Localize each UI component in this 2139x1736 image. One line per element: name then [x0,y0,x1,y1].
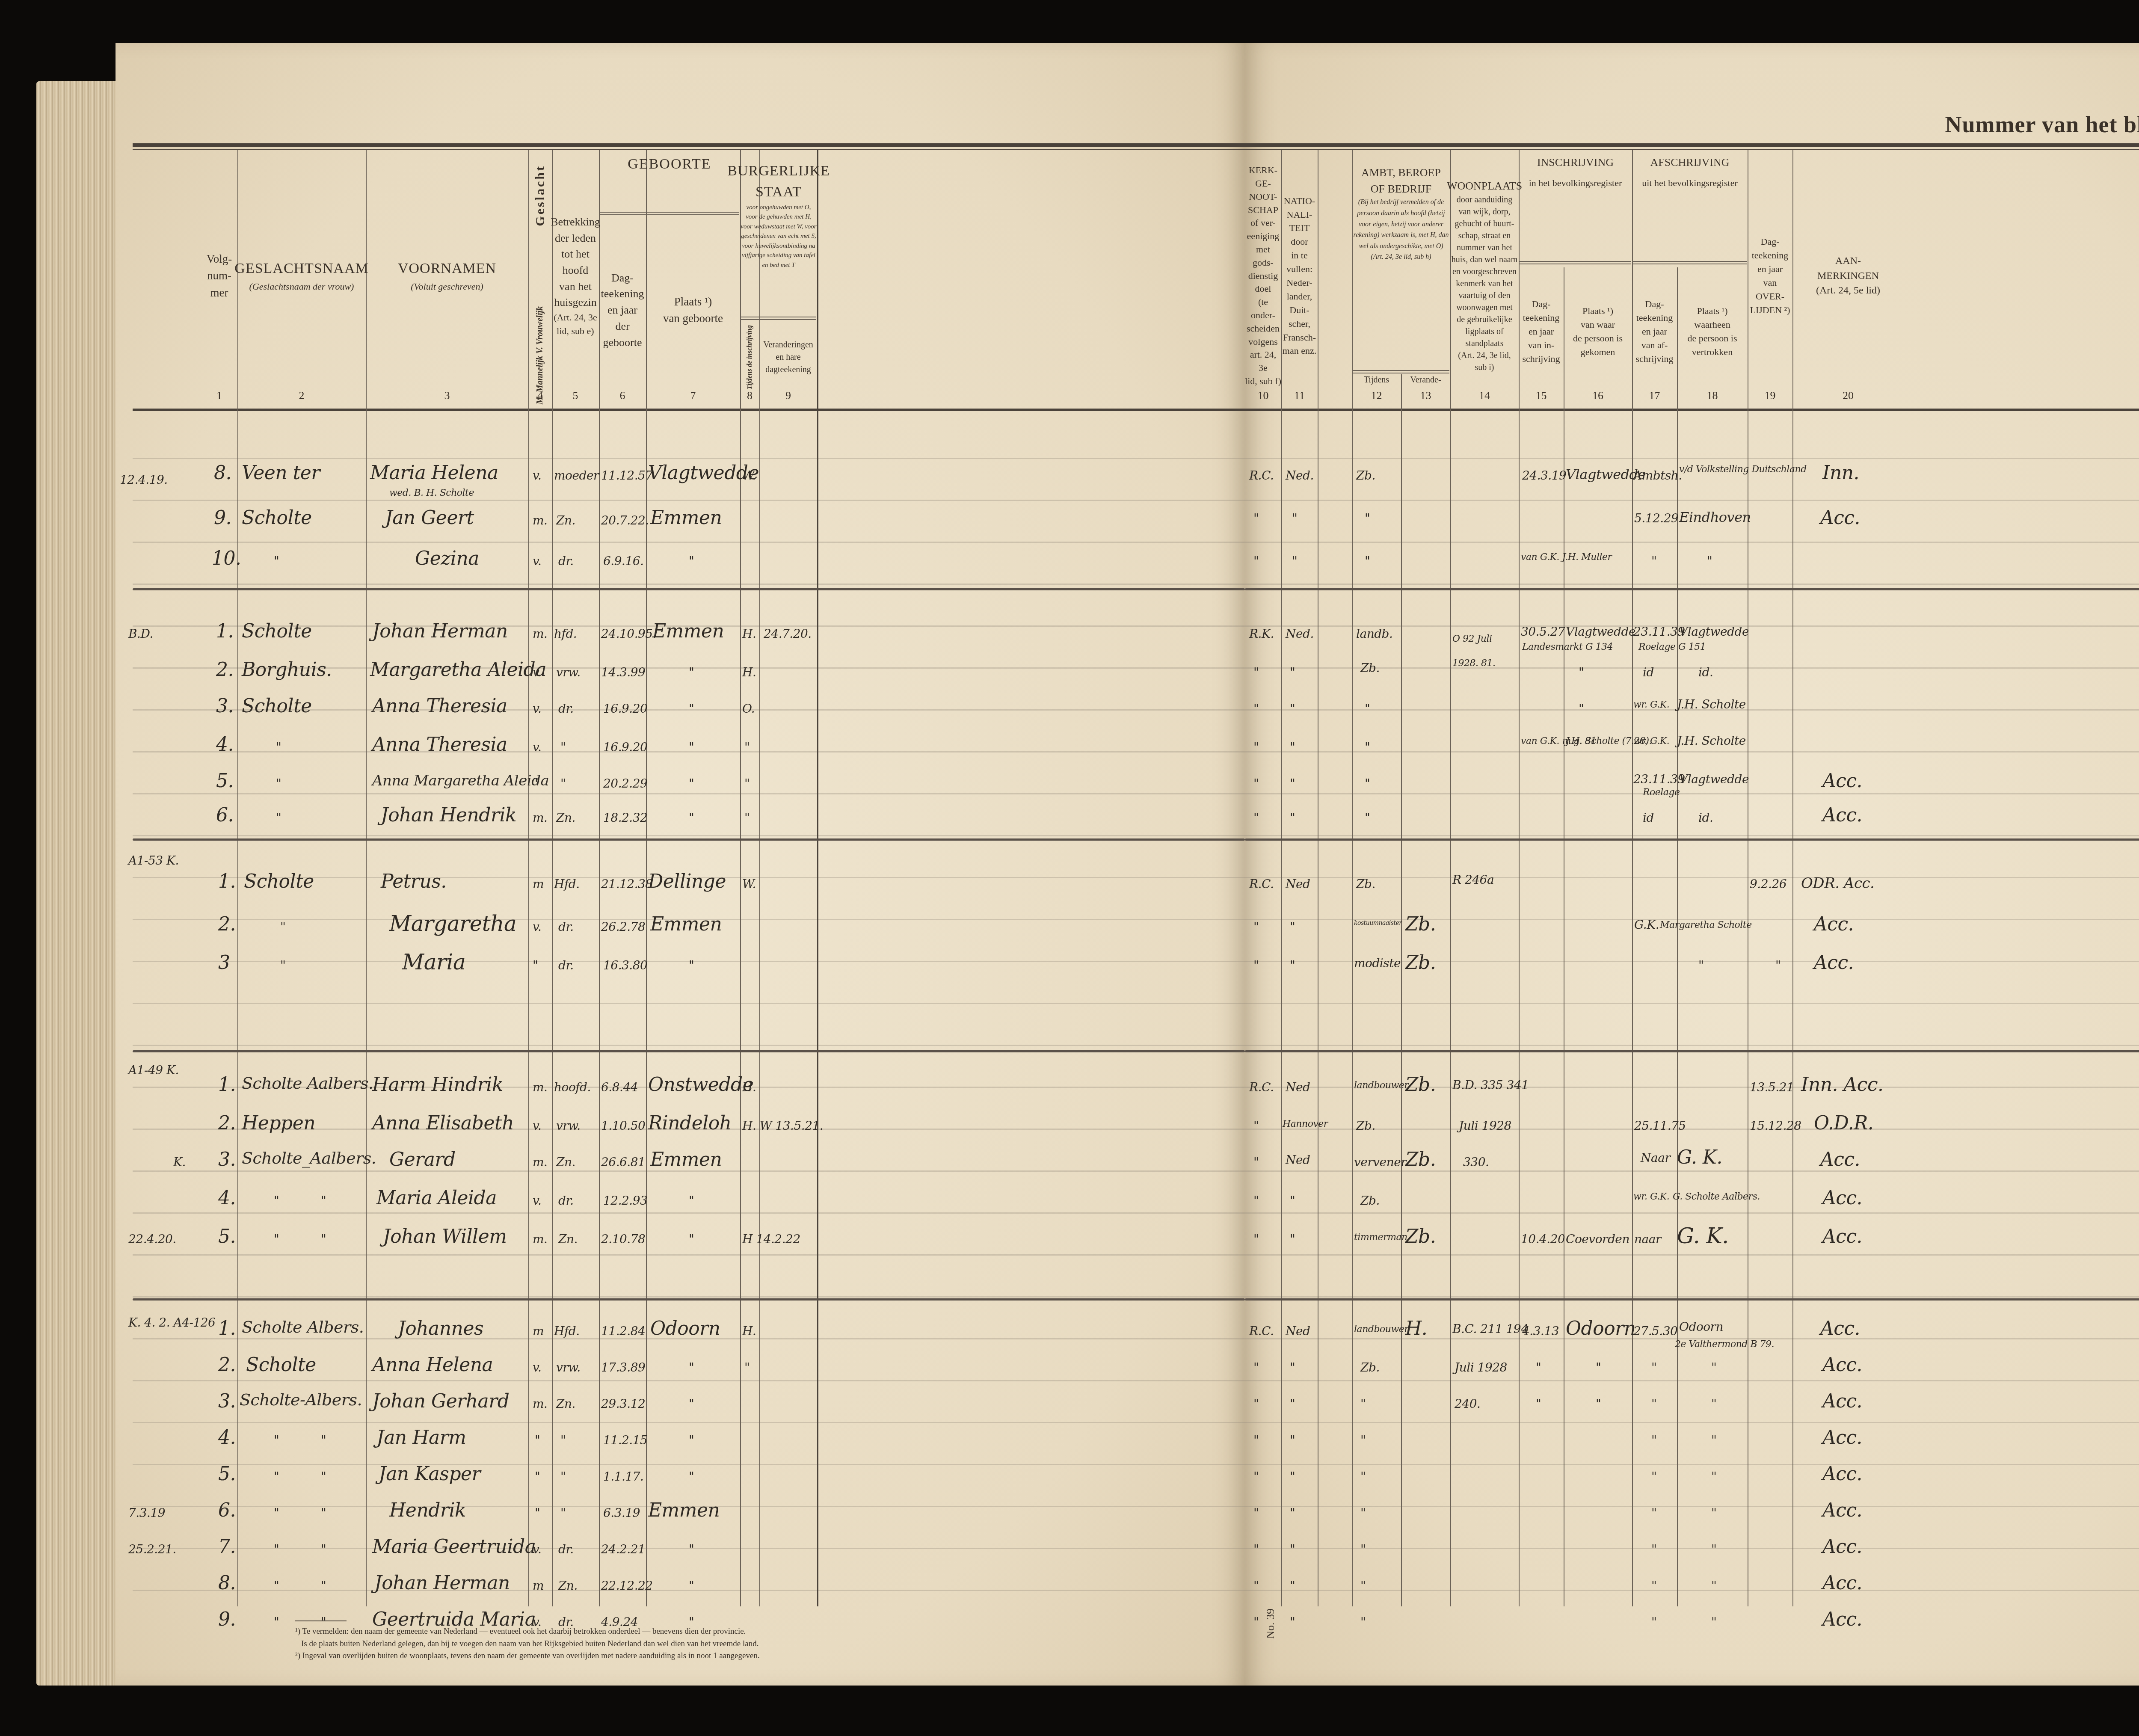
residence: Juli 1928 [1459,1119,1511,1133]
occupation-change: Zb. [1405,913,1436,935]
birth-place: Emmen [650,913,722,935]
birth-place: Odoorn [650,1318,720,1339]
column-number: 13 [1401,389,1450,402]
header-text: Fransch- [1283,331,1316,344]
occupation: " [1360,1433,1366,1447]
header-text: Veranderingen [763,339,813,351]
nationality: Ned [1286,877,1310,891]
civil-status: W. [742,877,756,891]
civil-status: H. [742,1324,756,1338]
residence: O 92 Juli 1928. 81. [1452,627,1517,675]
birth-place: " [689,702,694,716]
nationality: Ned [1286,1324,1310,1338]
church: " [1253,702,1259,716]
margin-note: 7.3.19 [128,1506,165,1520]
header-geboortedatum: Dag- teekening en jaar der geboorte [599,225,646,396]
ruled-lines [133,417,1245,1606]
birth-place: " [689,811,694,825]
remarks: Acc. [1822,1609,1862,1630]
sex: v. [533,1119,541,1133]
occupation: " [1365,702,1370,716]
surname: " [321,1194,326,1208]
header-text: geboorte [603,335,642,351]
footnote-1: ¹) Te vermelden: den naam der gemeente v… [295,1626,1194,1638]
occupation: " [1365,776,1370,791]
volgnummer: 2. [216,659,234,681]
surname: Scholte_Aalbers. [242,1149,376,1167]
remarks: Acc. [1822,770,1862,792]
deregistration-place-note: 2e Valthermond B 79. [1675,1339,1774,1350]
given-names: Anna Theresia [372,734,507,755]
header-text: volgens [1248,335,1277,349]
header-text: teekening [601,286,644,302]
header-text: woonwagen met [1456,302,1513,314]
birth-date: 20.7.22. [601,513,649,527]
surname: Veen ter [242,462,320,484]
margin-note: 12.4.19. [120,473,168,487]
occupation: " [1365,811,1370,825]
death-date: 15.12.28 [1750,1119,1801,1133]
column-number: 2 [237,389,366,402]
birth-date: 6.3.19 [603,1506,640,1520]
church: " [1253,1155,1259,1169]
occupation-change: Zb. [1405,952,1436,974]
occupation: modiste [1354,956,1401,970]
header-text: BURGERLIJKE [727,160,830,181]
header-text: teekening [1523,311,1560,325]
header-text: of ver- [1250,216,1276,230]
occupation: Zb. [1356,877,1375,891]
birth-date: 20.2.29 [603,776,647,791]
sex: " [535,1433,540,1447]
given-names: Johan Gerhard [372,1390,510,1412]
header-text: der [615,318,629,335]
header-text: (te onder- [1245,296,1281,322]
church: " [1253,958,1259,972]
column-number: 11 [1281,389,1318,402]
deregistration-date: 23.11.39 [1633,772,1685,786]
relation: Hfd. [554,877,580,891]
volgnummer: 3. [218,1390,236,1412]
header-text: van geboorte [663,310,723,327]
header-text: teekening [1752,249,1789,262]
footnote-1-cont: Is de plaats buiten Nederland gelegen, d… [295,1638,1194,1650]
given-names: Jan Harm [376,1427,466,1449]
surname: Scholte-Albers. [240,1390,362,1409]
sex: v. [533,1360,541,1375]
header-voornamen: VOORNAMEN (Voluit geschreven) [366,156,528,396]
relation: hfd. [554,627,577,641]
relation: Zn. [556,513,575,527]
occupation: " [1360,1397,1366,1411]
header-text: Dag- [1761,235,1780,249]
deregistration-place: " [1711,1615,1716,1629]
deregistration-date: " [1651,1469,1656,1484]
remarks: Acc. [1822,1572,1862,1594]
church: " [1253,1360,1259,1375]
birth-place: " [689,554,694,568]
given-names: Gerard [389,1149,456,1170]
birth-date: 29.3.12 [601,1397,645,1411]
deregistration-place: Vlagtwedde [1679,772,1749,786]
birth-date: 11.12.57 [601,468,653,483]
deregistration-date: 25.11.75 [1634,1119,1686,1133]
header-afschrijving-datum: Dag- teekening en jaar van af- schrijvin… [1632,267,1677,396]
birth-place: " [689,1232,694,1246]
deregistration-date: wr. G.K. [1633,699,1669,710]
volgnummer: 7. [218,1536,236,1558]
birth-date: 14.3.99 [601,665,645,679]
deregistration-place: J.H. Scholte [1677,697,1746,711]
header-text: en voorgeschreven [1452,266,1517,278]
registration-place-note: Landesmarkt G 134 [1522,642,1613,652]
given-names: Jan Kasper [379,1463,480,1485]
deregistration-date: " [1651,1542,1656,1556]
given-names: Johan Hendrik [381,804,516,826]
header-burgerlijke-staat: BURGERLIJKE STAAT voor ongehuwden met O,… [740,156,817,263]
header-text: STAAT [755,181,802,202]
deregistration-place: " [1711,1469,1716,1484]
birth-place: " [689,1469,694,1484]
relation: " [560,1469,566,1484]
header-text: huisgezin [554,294,597,311]
birth-date: 21.12.38 [601,877,653,891]
given-names: Anna Margaretha Aleida [372,772,549,789]
sex: v. [533,740,541,754]
header-text: teekening [1636,311,1673,325]
deregistration-place: Odoorn [1679,1320,1723,1334]
column-number: 19 [1748,389,1792,402]
col-divider [1352,150,1353,1606]
relation: dr. [558,920,574,934]
header-text: mer [210,284,228,301]
deregistration-place: " [1711,1542,1716,1556]
occupation: kostuumnaaister [1354,920,1402,927]
nationality: Hannover [1283,1119,1328,1129]
volgnummer: 3 [218,952,230,974]
occupation: landbouwer [1354,1324,1408,1335]
occupation: " [1360,1579,1366,1593]
remarks: O.D.R. [1814,1112,1873,1134]
column-number: 5 [552,389,599,402]
birth-place: " [689,1433,694,1447]
birth-date: 2.10.78 [601,1232,645,1246]
occupation: landbouwer [1354,1080,1408,1091]
sex: m. [533,1080,547,1094]
remarks: Acc. [1822,1463,1862,1485]
header-text: standplaats [1466,338,1504,350]
birth-place: " [689,665,694,679]
surname: Heppen [242,1112,315,1134]
header-text: man enz. [1283,344,1316,358]
col-divider [1401,374,1402,1606]
church: " [1253,740,1259,754]
header-ambt: AMBT, BEROEP OF BEDRIJF (Bij het bedrijf… [1352,156,1450,284]
header-text: en jaar [1757,262,1783,276]
header-text: waarheen [1694,318,1730,332]
group-rule [600,212,739,215]
margin-note: 22.4.20. [128,1232,176,1246]
deregistration-place: id. [1698,811,1713,825]
registration-date: 24.3.19 [1522,468,1566,483]
header-text: lid, sub f) [1245,375,1281,388]
header-text: AMBT, BEROEP [1361,165,1441,181]
header-text: MERKINGEN [1817,269,1879,284]
relation: " [560,740,566,754]
header-text: door [1291,235,1308,249]
header-text: vullen: [1286,262,1312,276]
surname: " [274,1579,279,1593]
church: " [1253,1506,1259,1520]
given-names: Gezina [415,548,479,569]
sex: m. [533,513,547,527]
occupation: " [1360,1615,1366,1629]
registration-place: Odoorn [1566,1318,1636,1339]
volgnummer: 4. [218,1427,236,1449]
registration-place: " [1579,665,1584,679]
header-text: Verande- [1410,374,1441,385]
remarks: Acc. [1822,1427,1862,1449]
registration-place: " [1596,1360,1601,1375]
sheet-number-label: Nummer van het blad [1945,111,2139,138]
remarks: Acc. [1820,1318,1860,1339]
deregistration-place-note: Roelage G 151 [1638,642,1706,652]
civil-status: H. [742,627,756,641]
residence: B.C. 211 194 [1452,1322,1529,1336]
header-text: Volg- [207,251,232,267]
occupation: timmerman [1354,1232,1407,1243]
group-rule [1633,261,1747,264]
relation: Zn. [558,1579,578,1593]
header-group-inschrijving: INSCHRIJVING [1519,156,1632,169]
given-names: Margaretha [389,911,516,936]
header-text: WOONPLAATS [1447,178,1522,194]
surname: " [274,554,279,568]
header-note: (Art. 24, 3e lid, sub e) [552,311,599,338]
group-rule [1353,370,1449,373]
church: " [1253,811,1259,825]
deregistration-place: G. K. [1677,1223,1729,1248]
volgnummer: 3. [218,1149,236,1170]
right-page: Nummer van het blad No. 39 KERK- GE- NOO… [1245,43,2139,1686]
deregistration-date: wr. G.K. [1633,1191,1669,1202]
header-text: van in- [1528,338,1555,352]
surname: Scholte [244,871,314,892]
volgnummer: 4. [216,734,234,755]
birth-place: " [689,1360,694,1375]
church: " [1253,1397,1259,1411]
relation: Hfd. [554,1324,580,1338]
household-separator [133,588,1245,590]
birth-place: Emmen [650,1149,722,1170]
surname: Scholte Aalbers. [242,1074,373,1093]
relation: dr. [558,702,574,716]
church: " [1253,1469,1259,1484]
header-text: LIJDEN ²) [1750,303,1790,317]
header-overlijden: Dag- teekening en jaar van OVER- LIJDEN … [1748,156,1792,396]
relation: dr. [558,1542,574,1556]
column-number: 7 [646,389,740,402]
deregistration-date: " [1651,554,1656,568]
birth-place: " [689,776,694,791]
church: R.C. [1249,877,1274,891]
group-rule [741,317,816,320]
deregistration-place: " [1711,1397,1716,1411]
birth-date: 26.2.78 [601,920,645,934]
occupation: Zb. [1356,1119,1375,1133]
header-text: GE- [1255,177,1271,190]
civil-status: " [744,1360,750,1375]
top-rule [1245,143,2139,147]
remarks: Inn. [1822,462,1859,484]
sex: m. [533,1232,547,1246]
church: " [1253,1194,1259,1208]
sex: m [533,1579,544,1593]
civil-status: W. [742,468,756,483]
deregistration-place: Eindhoven [1679,509,1751,525]
sex: m. [533,811,547,825]
surname: Scholte [242,695,312,717]
volgnummer: 2. [218,1354,236,1376]
relation: Zn. [556,811,575,825]
church: " [1253,1579,1259,1593]
death-date: 9.2.26 [1750,877,1786,891]
volgnummer: 2. [218,913,236,935]
registration-date: " [1536,1397,1541,1411]
header-text: (Art. 24, 3e lid, [1458,350,1511,361]
birth-date: 16.3.80 [603,958,647,972]
remarks: Acc. [1822,1390,1862,1412]
given-names: Jan Geert [385,507,474,529]
occupation: " [1360,1542,1366,1556]
header-afschrijving-plaats: Plaats ¹) waarheen de persoon is vertrok… [1677,267,1748,396]
nationality: " [1290,1360,1295,1375]
deregistration-place: v/d Volkstelling Duitschland [1679,464,1807,475]
remarks: Acc. [1822,1226,1862,1247]
church: " [1253,554,1259,568]
given-names: Maria Aleida [376,1187,497,1209]
registration-place: " [1596,1397,1601,1411]
header-text: vaartuig of den [1458,290,1510,302]
occupation: " [1360,1506,1366,1520]
header-text: art. 24, 3e [1245,348,1281,375]
margin-note: B.D. [128,627,153,641]
nationality: " [1290,920,1295,934]
header-text: Plaats ¹) [1697,304,1728,318]
header-text: Dag- [611,270,634,286]
household-separator [1245,1050,2139,1052]
registration-date: 10.4.20 [1521,1232,1565,1246]
header-text: (Art. 24, 5e lid) [1816,283,1880,298]
birth-place: " [689,1542,694,1556]
birth-place: Onstwedde [648,1074,753,1096]
given-names: Hendrik [389,1499,466,1521]
header-text: van af- [1641,338,1668,352]
volgnummer: 2. [218,1112,236,1134]
header-note: (Geslachtsnaam der vrouw) [249,279,354,294]
header-text: Neder- [1286,276,1312,290]
occupation: " [1365,554,1370,568]
surname: Borghuis. [242,659,332,681]
deregistration-date: Naar [1641,1151,1670,1165]
household-separator [133,838,1245,841]
register-book: Volg- num- mer GESLACHTSNAAM (Geslachtsn… [36,43,2139,1698]
civil-status: H. [742,665,756,679]
header-text: ligplaats of [1465,326,1503,338]
relation: vrw. [556,665,581,679]
volgnummer: 6. [218,1499,236,1521]
header-text: Plaats ¹) [1582,304,1613,318]
remarks: Acc. [1814,913,1854,935]
header-text: en jaar [1529,325,1554,338]
volgnummer: 3. [216,695,234,717]
birth-date: 22.12.22 [601,1579,653,1593]
header-text: huis, dan wel naam [1452,254,1517,266]
sex: " [535,776,540,791]
remarks: ODR. Acc. [1801,875,1874,892]
header-rule [1245,409,2139,411]
header-text: in te [1291,249,1308,262]
header-text: sub i) [1475,361,1494,373]
remarks: Inn. Acc. [1801,1074,1884,1096]
header-text: KERK- [1249,164,1277,177]
nationality: Ned. [1286,468,1314,483]
civil-status: O. [742,702,755,716]
surname: " [274,1433,279,1447]
birth-place: " [689,1397,694,1411]
sex: " [533,958,538,972]
volgnummer: 9. [214,507,231,529]
household-separator [133,1050,1245,1052]
registration-place: " [1579,702,1584,716]
volgnummer: 6. [216,804,234,826]
deregistration-date: " [1651,1360,1656,1375]
header-geslacht: Geslacht M. Mannelijk V. Vrouwelijk [528,156,552,430]
remarks: Acc. [1822,1187,1862,1209]
header-woonplaats: WOONPLAATS door aanduiding van wijk, dor… [1450,156,1519,396]
registration-place: van G.K. J.H. Muller [1521,552,1612,563]
header-text: de persoon is [1573,332,1623,345]
volgnummer: 8. [218,1572,236,1594]
sex: v. [533,468,541,483]
occupation-change: Zb. [1405,1226,1436,1247]
deregistration-place: " [1711,1360,1716,1375]
header-text: NATIO- [1284,194,1315,208]
given-names: Johannes [398,1318,483,1339]
column-number: 8 [740,389,759,402]
given-names-note: wed. B. H. Scholte [389,488,474,498]
civil-status: H. [742,1080,756,1094]
volgnummer: 1. [218,1318,236,1339]
relation: Zn. [556,1155,575,1169]
church: " [1253,1542,1259,1556]
header-text: Plaats ¹) [674,293,712,310]
deregistration-date: " [1651,1615,1656,1629]
given-names: Maria Helena [370,462,498,484]
residence: R 246a [1452,873,1494,887]
relation: " [560,1506,566,1520]
household-separator [1245,1298,2139,1301]
given-names: Maria [402,950,465,975]
footnotes: ¹) Te vermelden: den naam der gemeente v… [295,1626,1194,1662]
residence: B.D. 335 341 [1452,1078,1529,1092]
deregistration-date: " [1651,1397,1656,1411]
relation: Zn. [558,1232,578,1246]
nationality: " [1292,511,1297,525]
residence: 240. [1455,1397,1480,1411]
sex: v. [533,665,541,679]
civil-status: " [744,776,750,791]
